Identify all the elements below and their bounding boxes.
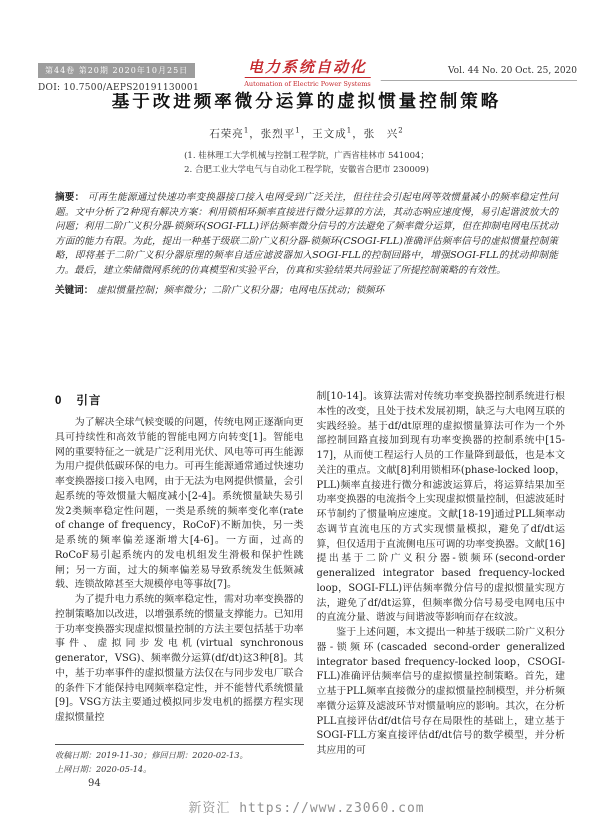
journal-logo-en: Automation of Electric Power Systems — [244, 77, 371, 89]
paper-page: 第44卷 第20期 2020年10月25日 DOI: 10.7500/AEPS2… — [0, 0, 613, 825]
section-title: 引言 — [76, 395, 101, 407]
author-separator: ， — [249, 128, 261, 140]
issue-badge: 第44卷 第20期 2020年10月25日 — [38, 63, 195, 78]
body-paragraph: 制[10-14]。该算法需对传统功率变换器控制系统进行根本性的改变，且处于技术发… — [317, 390, 566, 626]
footnote-block: 收稿日期：2019-11-30；修回日期：2020-02-13。 上网日期：20… — [55, 744, 304, 776]
footnote-dates-line2: 上网日期：2020-05-14。 — [55, 763, 304, 777]
body-paragraph: 为了提升电力系统的频率稳定性，需对功率变换器的控制策略加以改进，以增强系统的惯量… — [55, 593, 304, 726]
author-separator: ， — [301, 128, 313, 140]
body-paragraph: 鉴于上述问题，本文提出一种基于级联二阶广义积分器-锁频环(cascaded se… — [317, 626, 566, 759]
author-line: 石荣亮1，张烈平1，王文成1，张 兴2 — [0, 126, 613, 141]
watermark-text: 新资汇 https://www.z3060.com — [0, 797, 613, 816]
author-name: 石荣亮 — [209, 128, 244, 140]
keywords-section: 关键词： 虚拟惯量控制；频率微分；二阶广义积分器；电网电压扰动；锁频环 — [55, 283, 558, 298]
author-name: 张烈平 — [261, 128, 296, 140]
section-number: 0 — [55, 395, 62, 407]
author-name: 王文成 — [312, 128, 347, 140]
abstract-text: 可再生能源通过快速功率变换器接口接入电网受到广泛关注，但往往会引起电网等效惯量减… — [55, 192, 558, 276]
journal-logo-cn: 电力系统自动化 — [244, 58, 371, 76]
body-columns: 0引言 为了解决全球气候变暖的问题，传统电网正逐渐向更具可持续性和高效节能的智能… — [55, 390, 565, 776]
journal-logo: 电力系统自动化 Automation of Electric Power Sys… — [234, 58, 381, 89]
page-number: 94 — [88, 778, 101, 789]
keywords-label: 关键词： — [55, 285, 93, 296]
author-separator: ， — [352, 128, 364, 140]
keywords-text: 虚拟惯量控制；频率微分；二阶广义积分器；电网电压扰动；锁频环 — [96, 285, 384, 296]
footnote-dates-line1: 收稿日期：2019-11-30；修回日期：2020-02-13。 — [55, 749, 304, 763]
header-left-block: 第44卷 第20期 2020年10月25日 DOI: 10.7500/AEPS2… — [38, 58, 238, 93]
volume-info: Vol. 44 No. 20 Oct. 25, 2020 — [440, 66, 577, 76]
author-affil-sup: 2 — [398, 127, 403, 135]
abstract-section: 摘要： 可再生能源通过快速功率变换器接口接入电网受到广泛关注，但往往会引起电网等… — [55, 191, 558, 279]
author-name: 张 兴 — [364, 128, 399, 140]
body-column-right: 制[10-14]。该算法需对传统功率变换器控制系统进行根本性的改变，且处于技术发… — [317, 390, 566, 776]
journal-header: 第44卷 第20期 2020年10月25日 DOI: 10.7500/AEPS2… — [38, 58, 577, 108]
affiliation-line-1: (1. 桂林理工大学机械与控制工程学院，广西省桂林市 541004； — [0, 149, 613, 163]
affiliation-line-2: 2. 合肥工业大学电气与自动化工程学院，安徽省合肥市 230009) — [0, 163, 613, 177]
body-paragraph: 为了解决全球气候变暖的问题，传统电网正逐渐向更具可持续性和高效节能的智能电网方向… — [55, 416, 304, 593]
body-column-left: 0引言 为了解决全球气候变暖的问题，传统电网正逐渐向更具可持续性和高效节能的智能… — [55, 390, 304, 776]
doi-text: DOI: 10.7500/AEPS20191130001 — [38, 83, 238, 93]
section-heading-0: 0引言 — [55, 392, 304, 408]
abstract-label: 摘要： — [55, 192, 84, 203]
